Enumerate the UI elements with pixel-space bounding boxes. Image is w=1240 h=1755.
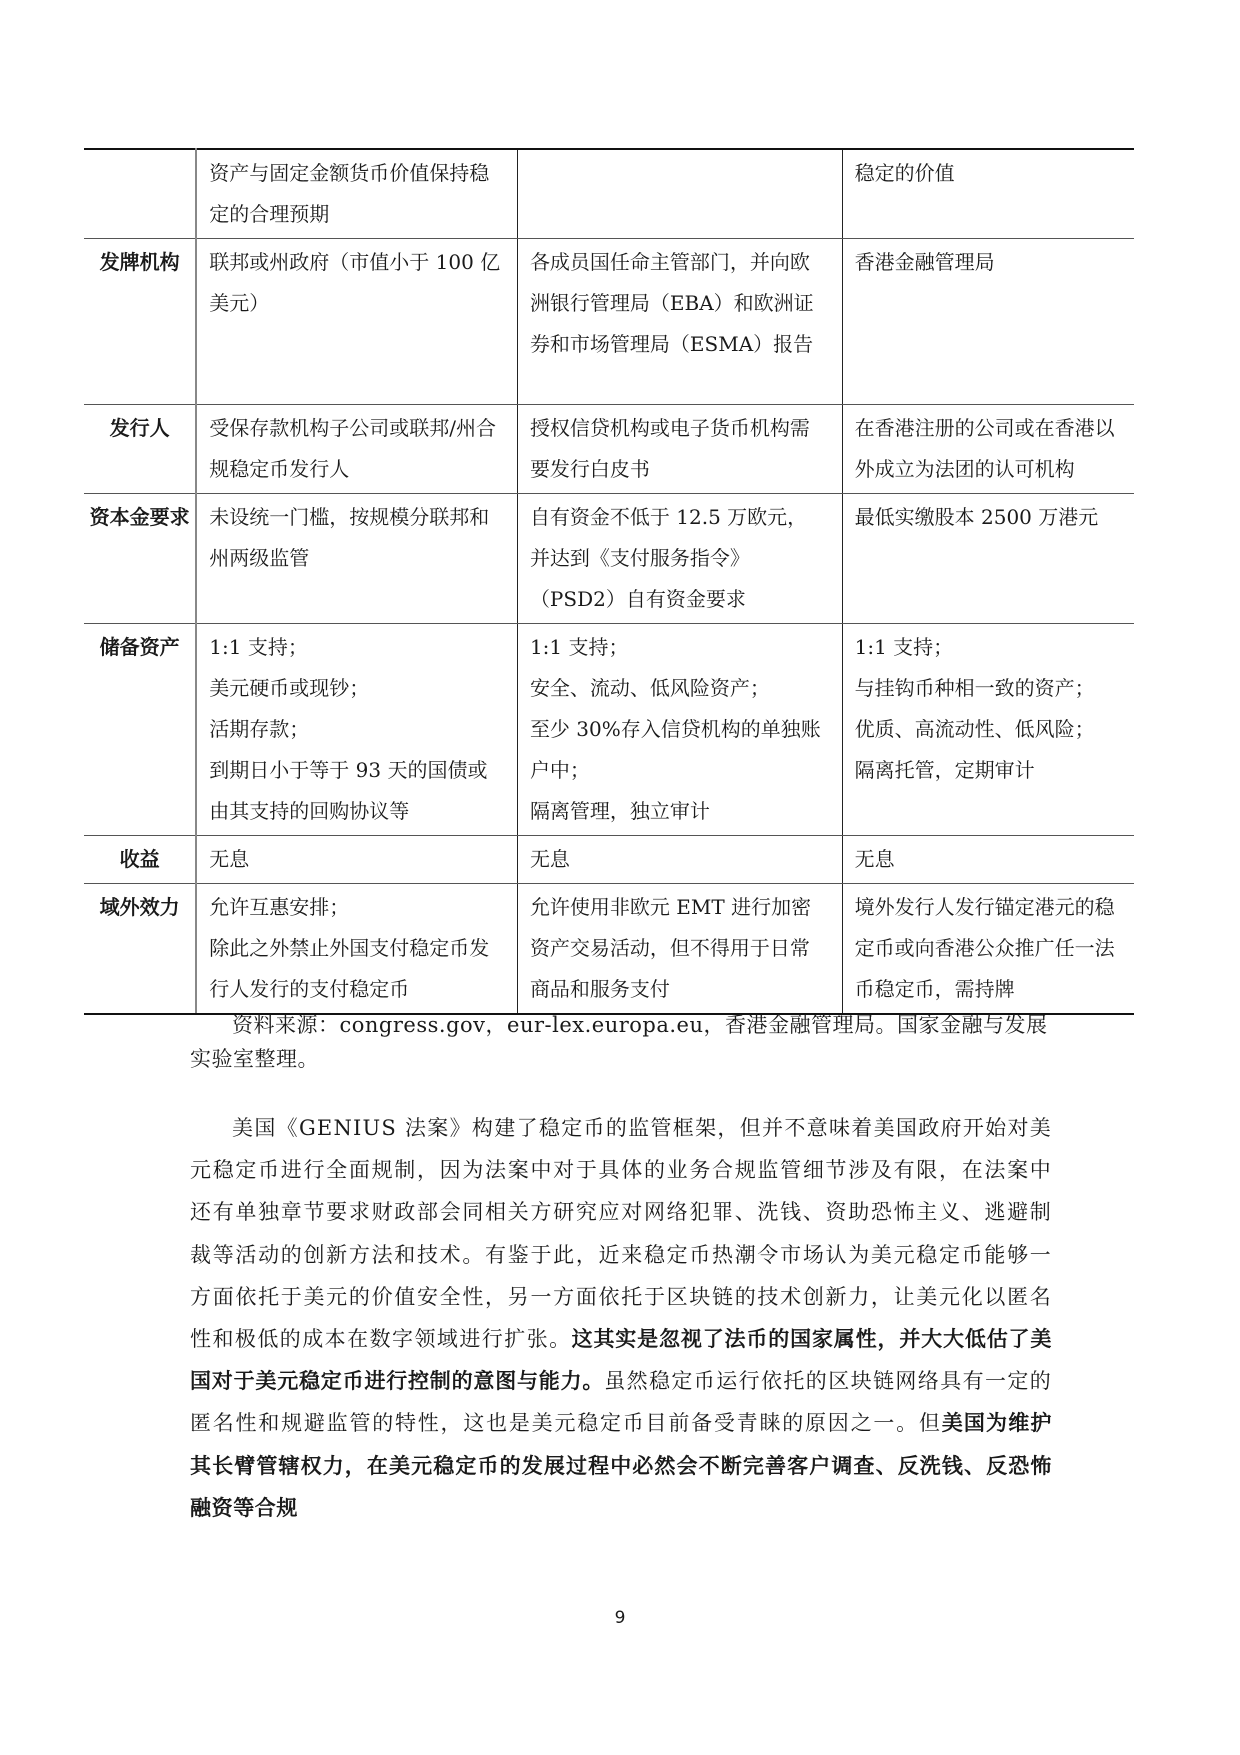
cell-line: 联邦或州政府（市值小于 100 亿美元） [209,242,505,324]
cell-hk: 境外发行人发行锚定港元的稳定币或向香港公众推广任一法币稳定币，需持牌 [842,884,1134,1015]
cell-line: 最低实缴股本 2500 万港元 [855,497,1122,538]
cell-hk: 最低实缴股本 2500 万港元 [842,494,1134,624]
cell-hk: 无息 [842,836,1134,884]
cell-line: 隔离管理，独立审计 [530,791,830,832]
row-label [84,149,196,239]
table-row: 发牌机构 联邦或州政府（市值小于 100 亿美元） 各成员国任命主管部门，并向欧… [84,239,1134,405]
cell-line: 美元硬币或现钞； [209,668,505,709]
cell-us: 无息 [196,836,517,884]
cell-line: 资产与固定金额货币价值保持稳定的合理预期 [209,153,505,235]
page-number: 9 [0,1608,1240,1628]
cell-line: 授权信贷机构或电子货币机构需要发行白皮书 [530,408,830,490]
cell-us: 未设统一门槛，按规模分联邦和州两级监管 [196,494,517,624]
cell-eu: 允许使用非欧元 EMT 进行加密资产交易活动，但不得用于日常商品和服务支付 [517,884,842,1015]
cell-us: 受保存款机构子公司或联邦/州合规稳定币发行人 [196,405,517,494]
cell-line: 稳定的价值 [855,153,1122,194]
row-label: 发行人 [84,405,196,494]
cell-us: 允许互惠安排； 除此之外禁止外国支付稳定币发行人发行的支付稳定币 [196,884,517,1015]
cell-line: 至少 30%存入信贷机构的单独账户中； [530,709,830,791]
paragraph-text: 美国《GENIUS 法案》构建了稳定币的监管框架，但并不意味着美国政府开始对美元… [190,1116,1052,1351]
cell-line: 到期日小于等于 93 天的国债或由其支持的回购协议等 [209,750,505,832]
cell-hk: 稳定的价值 [842,149,1134,239]
document-page: 资产与固定金额货币价值保持稳定的合理预期 稳定的价值 发牌机构 联邦或州政府（市… [0,0,1240,1755]
table-row: 域外效力 允许互惠安排； 除此之外禁止外国支付稳定币发行人发行的支付稳定币 允许… [84,884,1134,1015]
cell-line: 与挂钩币种相一致的资产； [855,668,1122,709]
cell-line: 除此之外禁止外国支付稳定币发行人发行的支付稳定币 [209,928,505,1010]
cell-eu: 自有资金不低于 12.5 万欧元， 并达到《支付服务指令》 （PSD2）自有资金… [517,494,842,624]
cell-hk: 1:1 支持； 与挂钩币种相一致的资产； 优质、高流动性、低风险； 隔离托管，定… [842,624,1134,836]
cell-line: 无息 [530,839,830,880]
cell-us: 资产与固定金额货币价值保持稳定的合理预期 [196,149,517,239]
cell-us: 1:1 支持； 美元硬币或现钞； 活期存款； 到期日小于等于 93 天的国债或由… [196,624,517,836]
cell-line: 允许互惠安排； [209,887,505,928]
cell-eu: 各成员国任命主管部门，并向欧洲银行管理局（EBA）和欧洲证券和市场管理局（ESM… [517,239,842,405]
cell-hk: 香港金融管理局 [842,239,1134,405]
cell-line: 安全、流动、低风险资产； [530,668,830,709]
cell-line: （PSD2）自有资金要求 [530,579,830,620]
cell-line: 自有资金不低于 12.5 万欧元， [530,497,830,538]
cell-line: 受保存款机构子公司或联邦/州合规稳定币发行人 [209,408,505,490]
cell-eu: 授权信贷机构或电子货币机构需要发行白皮书 [517,405,842,494]
cell-line: 允许使用非欧元 EMT 进行加密资产交易活动，但不得用于日常商品和服务支付 [530,887,830,1010]
cell-line: 1:1 支持； [209,627,505,668]
table-source-note: 资料来源：congress.gov，eur-lex.europa.eu，香港金融… [190,1008,1050,1076]
cell-line: 在香港注册的公司或在香港以外成立为法团的认可机构 [855,408,1122,490]
row-label: 资本金要求 [84,494,196,624]
row-label: 收益 [84,836,196,884]
row-label: 储备资产 [84,624,196,836]
cell-line: 活期存款； [209,709,505,750]
cell-line: 并达到《支付服务指令》 [530,538,830,579]
row-label: 发牌机构 [84,239,196,405]
cell-line: 无息 [855,839,1122,880]
table-row: 收益 无息 无息 无息 [84,836,1134,884]
cell-line: 境外发行人发行锚定港元的稳定币或向香港公众推广任一法币稳定币，需持牌 [855,887,1122,1010]
cell-line: 优质、高流动性、低风险； [855,709,1122,750]
cell-eu: 1:1 支持； 安全、流动、低风险资产； 至少 30%存入信贷机构的单独账户中；… [517,624,842,836]
row-label: 域外效力 [84,884,196,1015]
table-row: 发行人 受保存款机构子公司或联邦/州合规稳定币发行人 授权信贷机构或电子货币机构… [84,405,1134,494]
cell-eu [517,149,842,239]
cell-line: 1:1 支持； [855,627,1122,668]
body-paragraph: 美国《GENIUS 法案》构建了稳定币的监管框架，但并不意味着美国政府开始对美元… [190,1107,1052,1529]
stablecoin-regulation-comparison-table: 资产与固定金额货币价值保持稳定的合理预期 稳定的价值 发牌机构 联邦或州政府（市… [84,148,1134,1015]
cell-line: 香港金融管理局 [855,242,1122,283]
cell-us: 联邦或州政府（市值小于 100 亿美元） [196,239,517,405]
cell-line: 未设统一门槛，按规模分联邦和州两级监管 [209,497,505,579]
cell-eu: 无息 [517,836,842,884]
cell-line: 1:1 支持； [530,627,830,668]
cell-line: 无息 [209,839,505,880]
cell-line: 各成员国任命主管部门，并向欧洲银行管理局（EBA）和欧洲证券和市场管理局（ESM… [530,242,830,365]
table-row: 资本金要求 未设统一门槛，按规模分联邦和州两级监管 自有资金不低于 12.5 万… [84,494,1134,624]
cell-hk: 在香港注册的公司或在香港以外成立为法团的认可机构 [842,405,1134,494]
table-row: 储备资产 1:1 支持； 美元硬币或现钞； 活期存款； 到期日小于等于 93 天… [84,624,1134,836]
table-row: 资产与固定金额货币价值保持稳定的合理预期 稳定的价值 [84,149,1134,239]
cell-line: 隔离托管，定期审计 [855,750,1122,791]
